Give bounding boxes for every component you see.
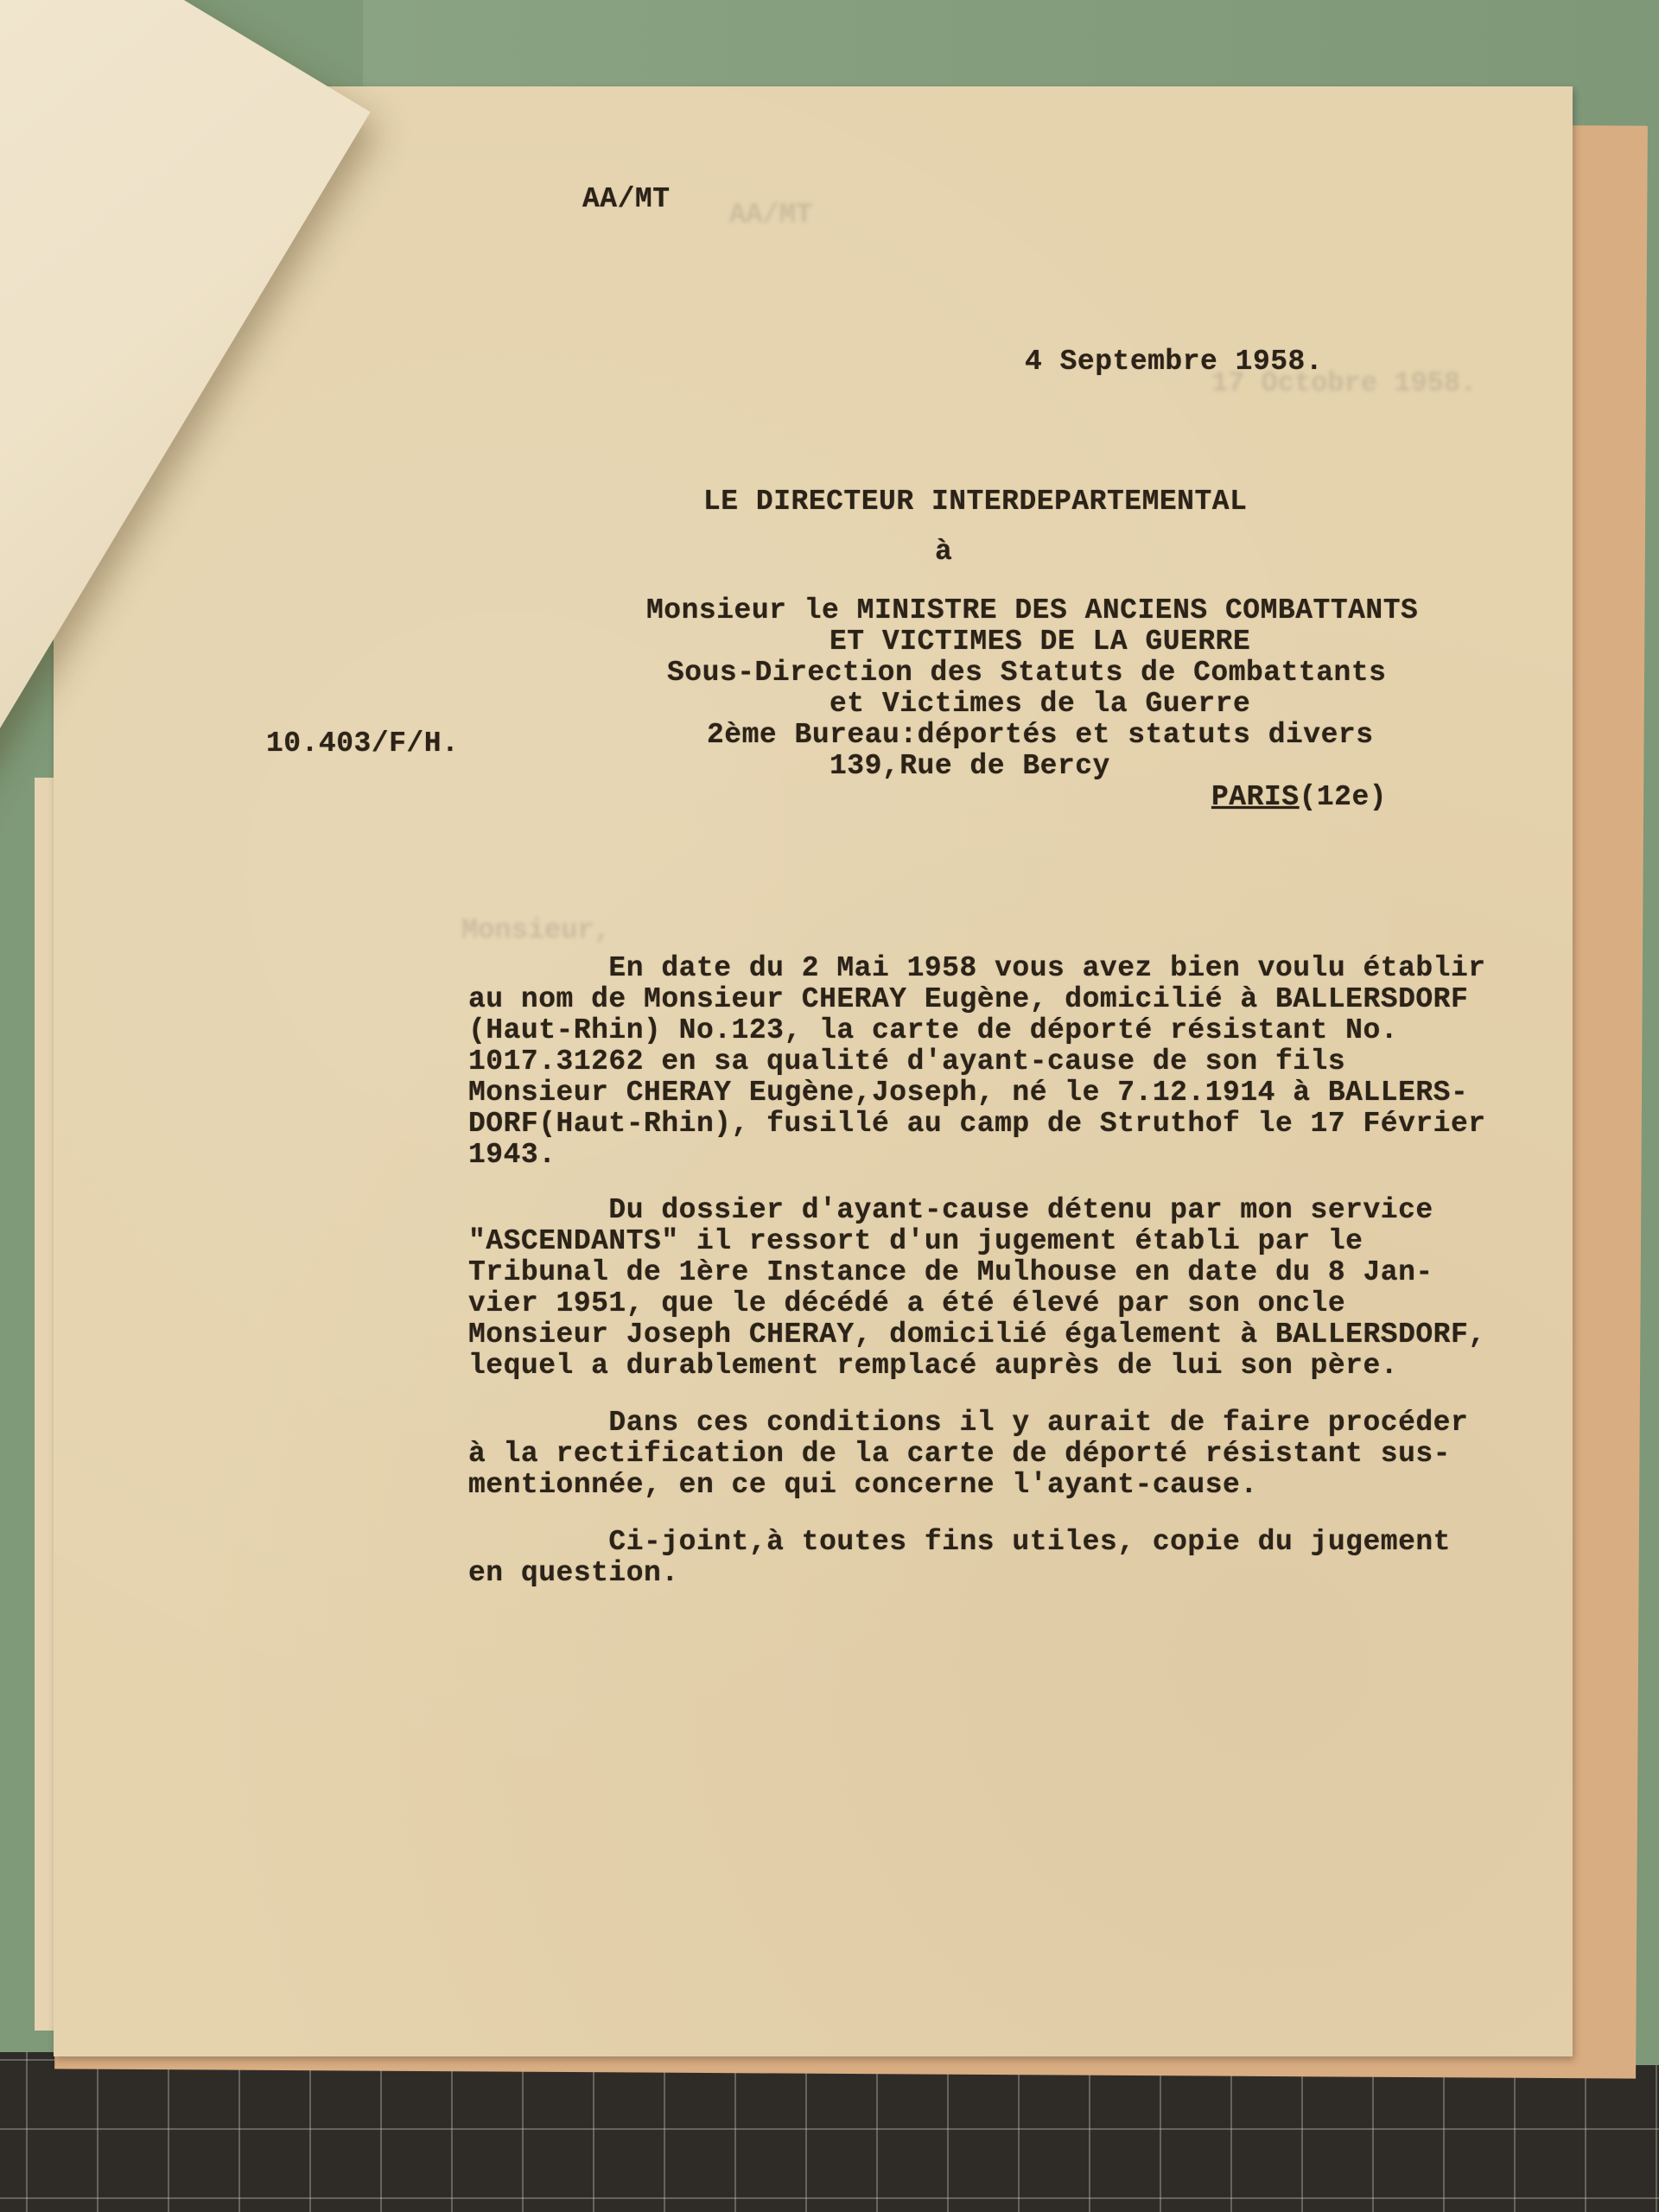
body-line: (Haut-Rhin) No.123, la carte de déporté …	[468, 1014, 1398, 1046]
recipient-line-1: Monsieur le MINISTRE DES ANCIENS COMBATT…	[646, 594, 1418, 626]
body-line: à la rectification de la carte de déport…	[468, 1438, 1451, 1470]
body-line: DORF(Haut-Rhin), fusillé au camp de Stru…	[468, 1108, 1486, 1140]
body-line: au nom de Monsieur CHERAY Eugène, domici…	[468, 983, 1468, 1015]
recipient-district: (12e)	[1300, 781, 1388, 813]
body-line: "ASCENDANTS" il ressort d'un jugement ét…	[468, 1225, 1363, 1257]
body-line: Monsieur Joseph CHERAY, domicilié égalem…	[468, 1319, 1486, 1351]
body-line: En date du 2 Mai 1958 vous avez bien vou…	[468, 952, 1486, 984]
offset-ghost-text: AA/MT	[729, 199, 812, 231]
to-word: à	[935, 536, 952, 568]
body-line: Dans ces conditions il y aurait de faire…	[468, 1407, 1468, 1439]
body-line: 1017.31262 en sa qualité d'ayant-cause d…	[468, 1046, 1345, 1077]
body-line: Ci-joint,à toutes fins utiles, copie du …	[468, 1526, 1451, 1558]
recipient-line-3: Sous-Direction des Statuts de Combattant…	[667, 657, 1386, 689]
body-line: mentionnée, en ce qui concerne l'ayant-c…	[468, 1469, 1258, 1501]
file-reference: 10.403/F/H.	[266, 728, 459, 760]
recipient-city: PARIS	[1211, 781, 1300, 813]
body-line: Tribunal de 1ère Instance de Mulhouse en…	[468, 1256, 1433, 1288]
recipient-line-2: ET VICTIMES DE LA GUERRE	[829, 626, 1250, 658]
body-line: Du dossier d'ayant-cause détenu par mon …	[468, 1194, 1433, 1226]
recipient-line-4: et Victimes de la Guerre	[829, 688, 1250, 720]
body-line: vier 1951, que le décédé a été élevé par…	[468, 1287, 1345, 1319]
body-line: 1943.	[468, 1139, 556, 1171]
body-line: en question.	[468, 1557, 679, 1589]
ghost-salutation: Monsieur,	[461, 914, 611, 946]
reference-initials: AA/MT	[582, 183, 671, 215]
recipient-line-6: 139,Rue de Bercy	[829, 750, 1110, 782]
body-line: Monsieur CHERAY Eugène,Joseph, né le 7.1…	[468, 1077, 1468, 1109]
letter-date: 4 Septembre 1958.	[1025, 346, 1323, 378]
recipient-line-5: 2ème Bureau:déportés et statuts divers	[707, 719, 1374, 751]
sender-title: LE DIRECTEUR INTERDEPARTEMENTAL	[703, 486, 1247, 518]
typed-letter-page: AA/MT 17 Octobre 1958. Monsieur, AA/MT 4…	[54, 86, 1573, 2056]
recipient-city-line: PARIS(12e)	[1211, 781, 1387, 813]
body-line: lequel a durablement remplacé auprès de …	[468, 1350, 1398, 1382]
